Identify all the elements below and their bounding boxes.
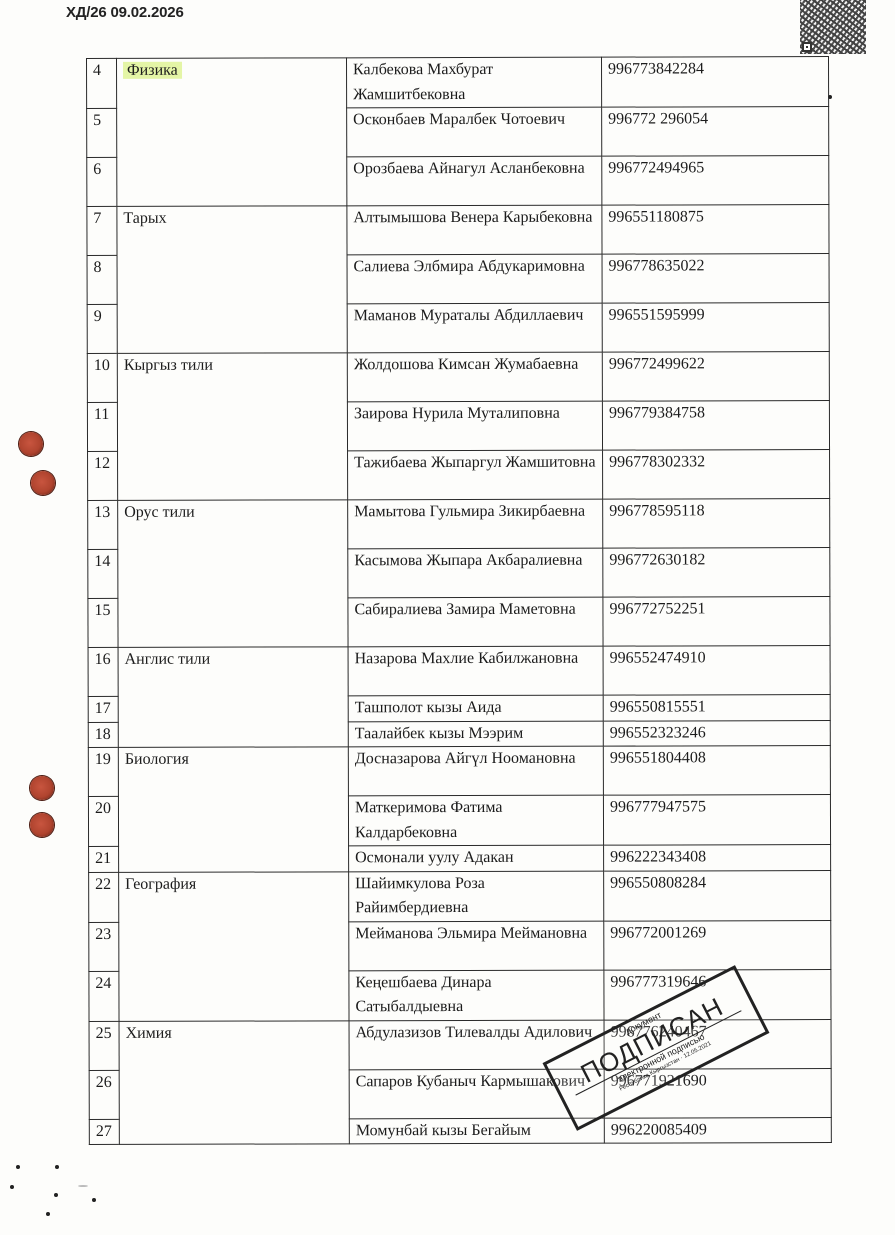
phone-number: 996772494965 — [602, 156, 829, 206]
row-number: 20 — [88, 796, 118, 846]
row-number: 25 — [89, 1021, 119, 1070]
teacher-name: Сабиралиева Замира Маметовна — [348, 597, 603, 647]
teacher-name: Жолдошова Кимсан Жумабаевна — [347, 352, 602, 402]
subject-label: Кыргыз тили — [124, 357, 213, 374]
table-row: 7ТарыхАлтымышова Венера Карыбековна99655… — [87, 205, 829, 256]
punch-hole-icon — [30, 776, 54, 800]
punch-hole-icon — [19, 432, 43, 456]
row-number: 8 — [87, 255, 117, 304]
row-number: 17 — [88, 696, 118, 722]
phone-number: 996772752251 — [603, 597, 830, 647]
punch-hole-icon — [30, 813, 54, 837]
subject-cell: Тарых — [117, 206, 347, 354]
phone-number: 996772 296054 — [602, 107, 829, 157]
row-number: 5 — [87, 108, 117, 157]
teacher-name: Ташполот кызы Аида — [348, 695, 603, 721]
row-number: 9 — [87, 304, 117, 353]
subject-label: Химия — [126, 1024, 172, 1041]
subject-label: Биология — [125, 751, 189, 768]
subject-cell: Кыргыз тили — [117, 353, 347, 501]
teacher-name: Заирова Нурила Муталиповна — [347, 401, 602, 451]
phone-number: 996551595999 — [602, 303, 829, 353]
phone-number: 996772630182 — [603, 548, 830, 598]
teacher-name: Алтымышова Венера Карыбековна — [347, 205, 602, 255]
row-number: 15 — [88, 598, 118, 647]
teacher-name: Момунбай кызы Бегайым — [349, 1118, 604, 1144]
teacher-name: Орозбаева Айнагул Асланбековна — [347, 156, 602, 206]
teacher-name: Назарова Махлие Кабилжановна — [348, 646, 603, 696]
subject-label: Англис тили — [125, 651, 211, 668]
subject-cell: Орус тили — [118, 500, 348, 648]
punch-hole-icon — [31, 471, 55, 495]
teacher-name: Тажибаева Жыпаргул Жамшитовна — [348, 450, 603, 500]
row-number: 4 — [87, 58, 117, 108]
table-row: 13Орус тилиМамытова Гульмира Зикирбаевна… — [88, 499, 830, 550]
phone-number: 996551804408 — [603, 746, 830, 796]
phone-number: 996778595118 — [603, 499, 830, 549]
teacher-name: Касымова Жыпара Акбаралиевна — [348, 548, 603, 598]
table-row: 22ГеографияШайимкулова Роза Райимбердиев… — [89, 870, 831, 922]
teacher-name: Таалайбек кызы Мээрим — [348, 721, 603, 747]
scan-specks — [8, 1165, 108, 1225]
row-number: 21 — [89, 846, 119, 872]
row-number: 23 — [89, 922, 119, 971]
row-number: 16 — [88, 647, 118, 696]
phone-number: 996550808284 — [604, 870, 831, 921]
phone-number: 996551180875 — [602, 205, 829, 255]
row-number: 10 — [87, 353, 117, 402]
row-number: 22 — [89, 872, 119, 922]
row-number: 12 — [88, 451, 118, 500]
teacher-name: Салиева Элбмира Абдукаримовна — [347, 254, 602, 304]
row-number: 6 — [87, 157, 117, 206]
row-number: 24 — [89, 971, 119, 1021]
teacher-name: Шайимкулова Роза Райимбердиевна — [349, 871, 604, 922]
teacher-name: Осмонали уулу Адакан — [349, 845, 604, 871]
phone-number: 996552474910 — [603, 646, 830, 696]
row-number: 27 — [89, 1119, 119, 1145]
phone-number: 996778302332 — [603, 450, 830, 500]
row-number: 11 — [87, 402, 117, 451]
document-header-id: ХД/26 09.02.2026 — [66, 4, 184, 21]
table-row: 19БиологияДосназарова Айгүл Ноомановна99… — [88, 746, 830, 797]
row-number: 13 — [88, 500, 118, 549]
teacher-name: Досназарова Айгүл Ноомановна — [348, 746, 603, 796]
phone-number: 996772499622 — [602, 352, 829, 402]
phone-number: 996220085409 — [604, 1117, 831, 1143]
subject-cell: Биология — [118, 747, 348, 872]
row-number: 14 — [88, 549, 118, 598]
subject-label: Тарых — [123, 210, 166, 227]
teacher-name: Кеңешбаева Динара Сатыбалдыевна — [349, 970, 604, 1021]
teacher-name: Мамытова Гульмира Зикирбаевна — [348, 499, 603, 549]
teacher-name: Осконбаев Маралбек Чотоевич — [347, 107, 602, 157]
phone-number: 996779384758 — [602, 401, 829, 451]
subject-label: География — [125, 875, 196, 892]
row-number: 18 — [88, 722, 118, 748]
subject-cell: Химия — [119, 1020, 349, 1144]
subject-cell: География — [119, 871, 349, 1021]
row-number: 19 — [88, 747, 118, 796]
phone-number: 996772001269 — [604, 920, 831, 970]
phone-number: 996550815551 — [603, 695, 830, 721]
table-row: 10Кыргыз тилиЖолдошова Кимсан Жумабаевна… — [87, 352, 829, 403]
teacher-name: Калбекова Махбурат Жамшитбековна — [347, 57, 602, 108]
subject-cell: Физика — [117, 58, 347, 207]
subject-label: Орус тили — [124, 504, 195, 521]
table-row: 4ФизикаКалбекова Махбурат Жамшитбековна9… — [87, 57, 829, 109]
phone-number: 996773842284 — [601, 57, 828, 108]
teacher-name: Мейманова Эльмира Меймановна — [349, 921, 604, 971]
row-number: 7 — [87, 206, 117, 255]
teacher-name: Маткеримова Фатима Калдарбековна — [348, 795, 603, 846]
phone-number: 996777947575 — [603, 795, 830, 846]
subject-cell: Англис тили — [118, 647, 348, 748]
table-row: 16Англис тилиНазарова Махлие Кабилжановн… — [88, 646, 830, 697]
qr-code-icon — [800, 0, 866, 54]
phone-number: 996222343408 — [604, 845, 831, 871]
phone-number: 996778635022 — [602, 254, 829, 304]
teacher-name: Маманов Мураталы Абдиллаевич — [347, 303, 602, 353]
row-number: 26 — [89, 1070, 119, 1119]
phone-number: 996552323246 — [603, 720, 830, 746]
subject-label: Физика — [123, 62, 182, 79]
